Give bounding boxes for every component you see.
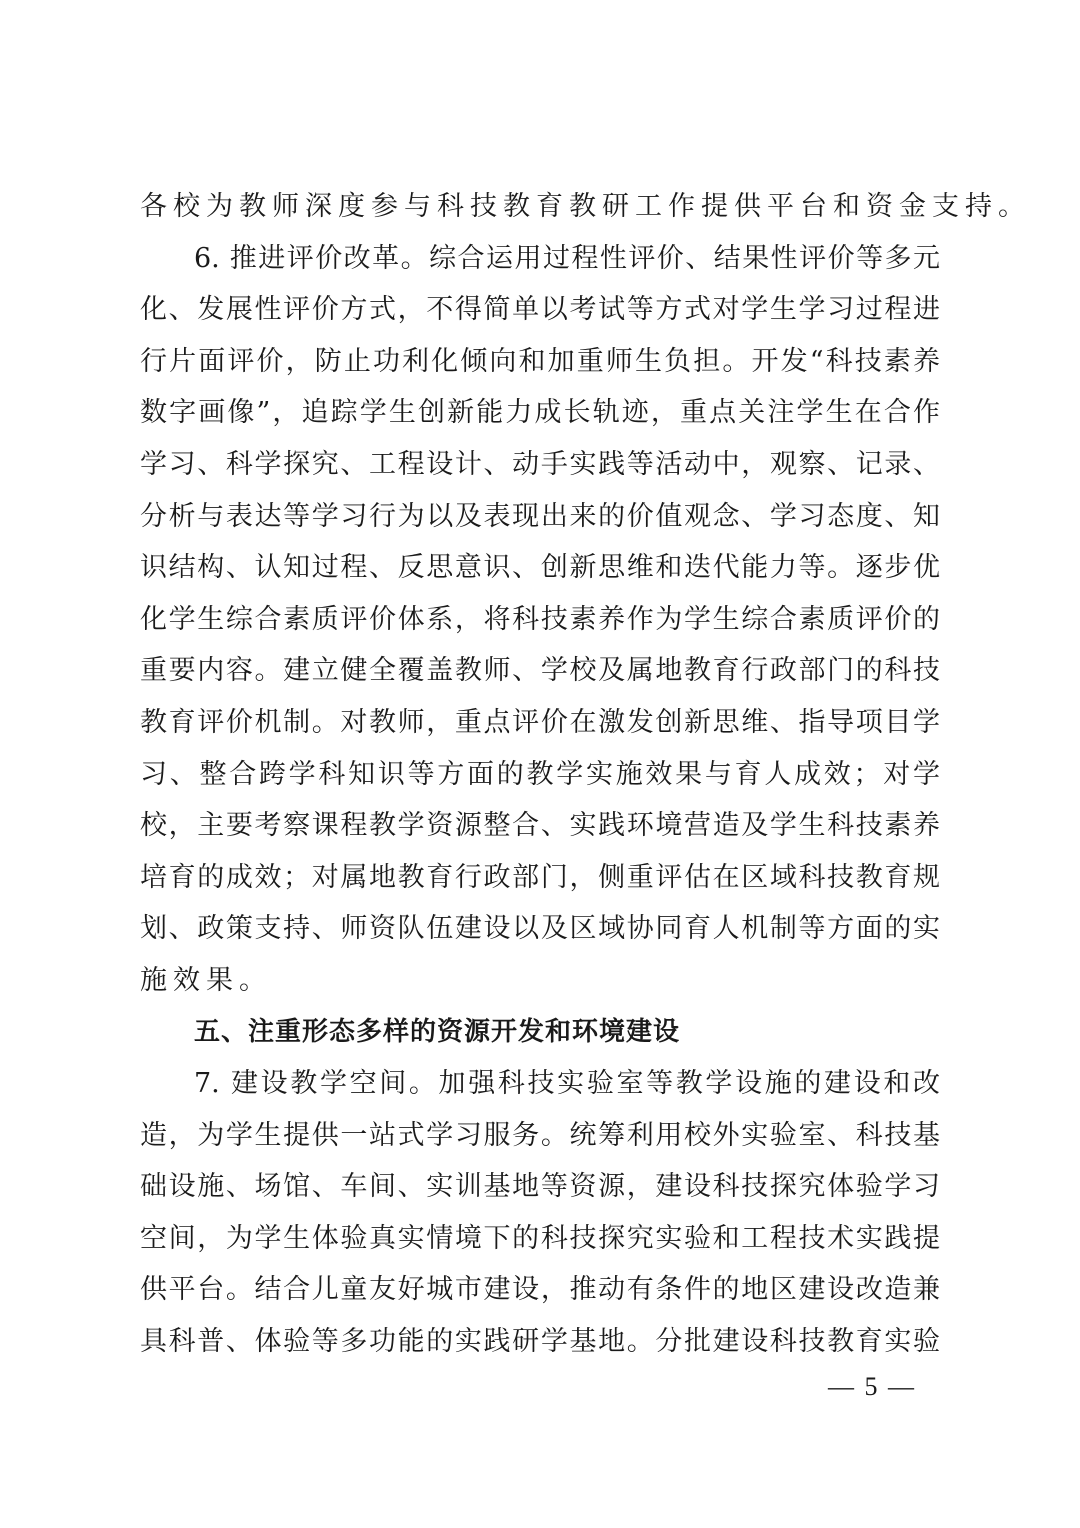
paragraph-line: 空间，为学生体验真实情境下的科技探究实验和工程技术实践提: [140, 1213, 940, 1265]
paragraph-line: 教育评价机制。对教师，重点评价在激发创新思维、指导项目学: [140, 697, 940, 749]
paragraph-line: 行片面评价，防止功利化倾向和加重师生负担。开发“科技素养: [140, 336, 940, 388]
paragraph-line: 化、发展性评价方式，不得简单以考试等方式对学生学习过程进: [140, 284, 940, 336]
paragraph-line: 校，主要考察课程教学资源整合、实践环境营造及学生科技素养: [140, 800, 940, 852]
paragraph-line: 供平台。结合儿童友好城市建设，推动有条件的地区建设改造兼: [140, 1264, 940, 1316]
paragraph-line: 划、政策支持、师资队伍建设以及区域协同育人机制等方面的实: [140, 903, 940, 955]
paragraph-line: 础设施、场馆、车间、实训基地等资源，建设科技探究体验学习: [140, 1161, 940, 1213]
paragraph-line: 培育的成效；对属地教育行政部门，侧重评估在区域科技教育规: [140, 852, 940, 904]
paragraph-line: 具科普、体验等多功能的实践研学基地。分批建设科技教育实验: [140, 1316, 940, 1368]
paragraph-line: 化学生综合素质评价体系，将科技素养作为学生综合素质评价的: [140, 594, 940, 646]
section-6-title-line: 6. 推进评价改革。综合运用过程性评价、结果性评价等多元: [140, 233, 940, 285]
document-body: 各校为教师深度参与科技教育教研工作提供平台和资金支持。 6. 推进评价改革。综合…: [140, 181, 940, 1368]
paragraph-line: 学习、科学探究、工程设计、动手实践等活动中，观察、记录、: [140, 439, 940, 491]
paragraph-line: 识结构、认知过程、反思意识、创新思维和迭代能力等。逐步优: [140, 542, 940, 594]
paragraph-line: 分析与表达等学习行为以及表现出来的价值观念、学习态度、知: [140, 491, 940, 543]
paragraph-line: 数字画像”，追踪学生创新能力成长轨迹，重点关注学生在合作: [140, 387, 940, 439]
paragraph-line: 各校为教师深度参与科技教育教研工作提供平台和资金支持。: [140, 181, 940, 233]
section-heading: 五、注重形态多样的资源开发和环境建设: [140, 1007, 940, 1059]
section-7-title-line: 7. 建设教学空间。加强科技实验室等教学设施的建设和改: [140, 1058, 940, 1110]
paragraph-line: 造，为学生提供一站式学习服务。统筹利用校外实验室、科技基: [140, 1110, 940, 1162]
page-number: — 5 —: [828, 1372, 916, 1402]
paragraph-line: 重要内容。建立健全覆盖教师、学校及属地教育行政部门的科技: [140, 645, 940, 697]
paragraph-line: 习、整合跨学科知识等方面的教学实施效果与育人成效；对学: [140, 749, 940, 801]
paragraph-line: 施效果。: [140, 955, 940, 1007]
